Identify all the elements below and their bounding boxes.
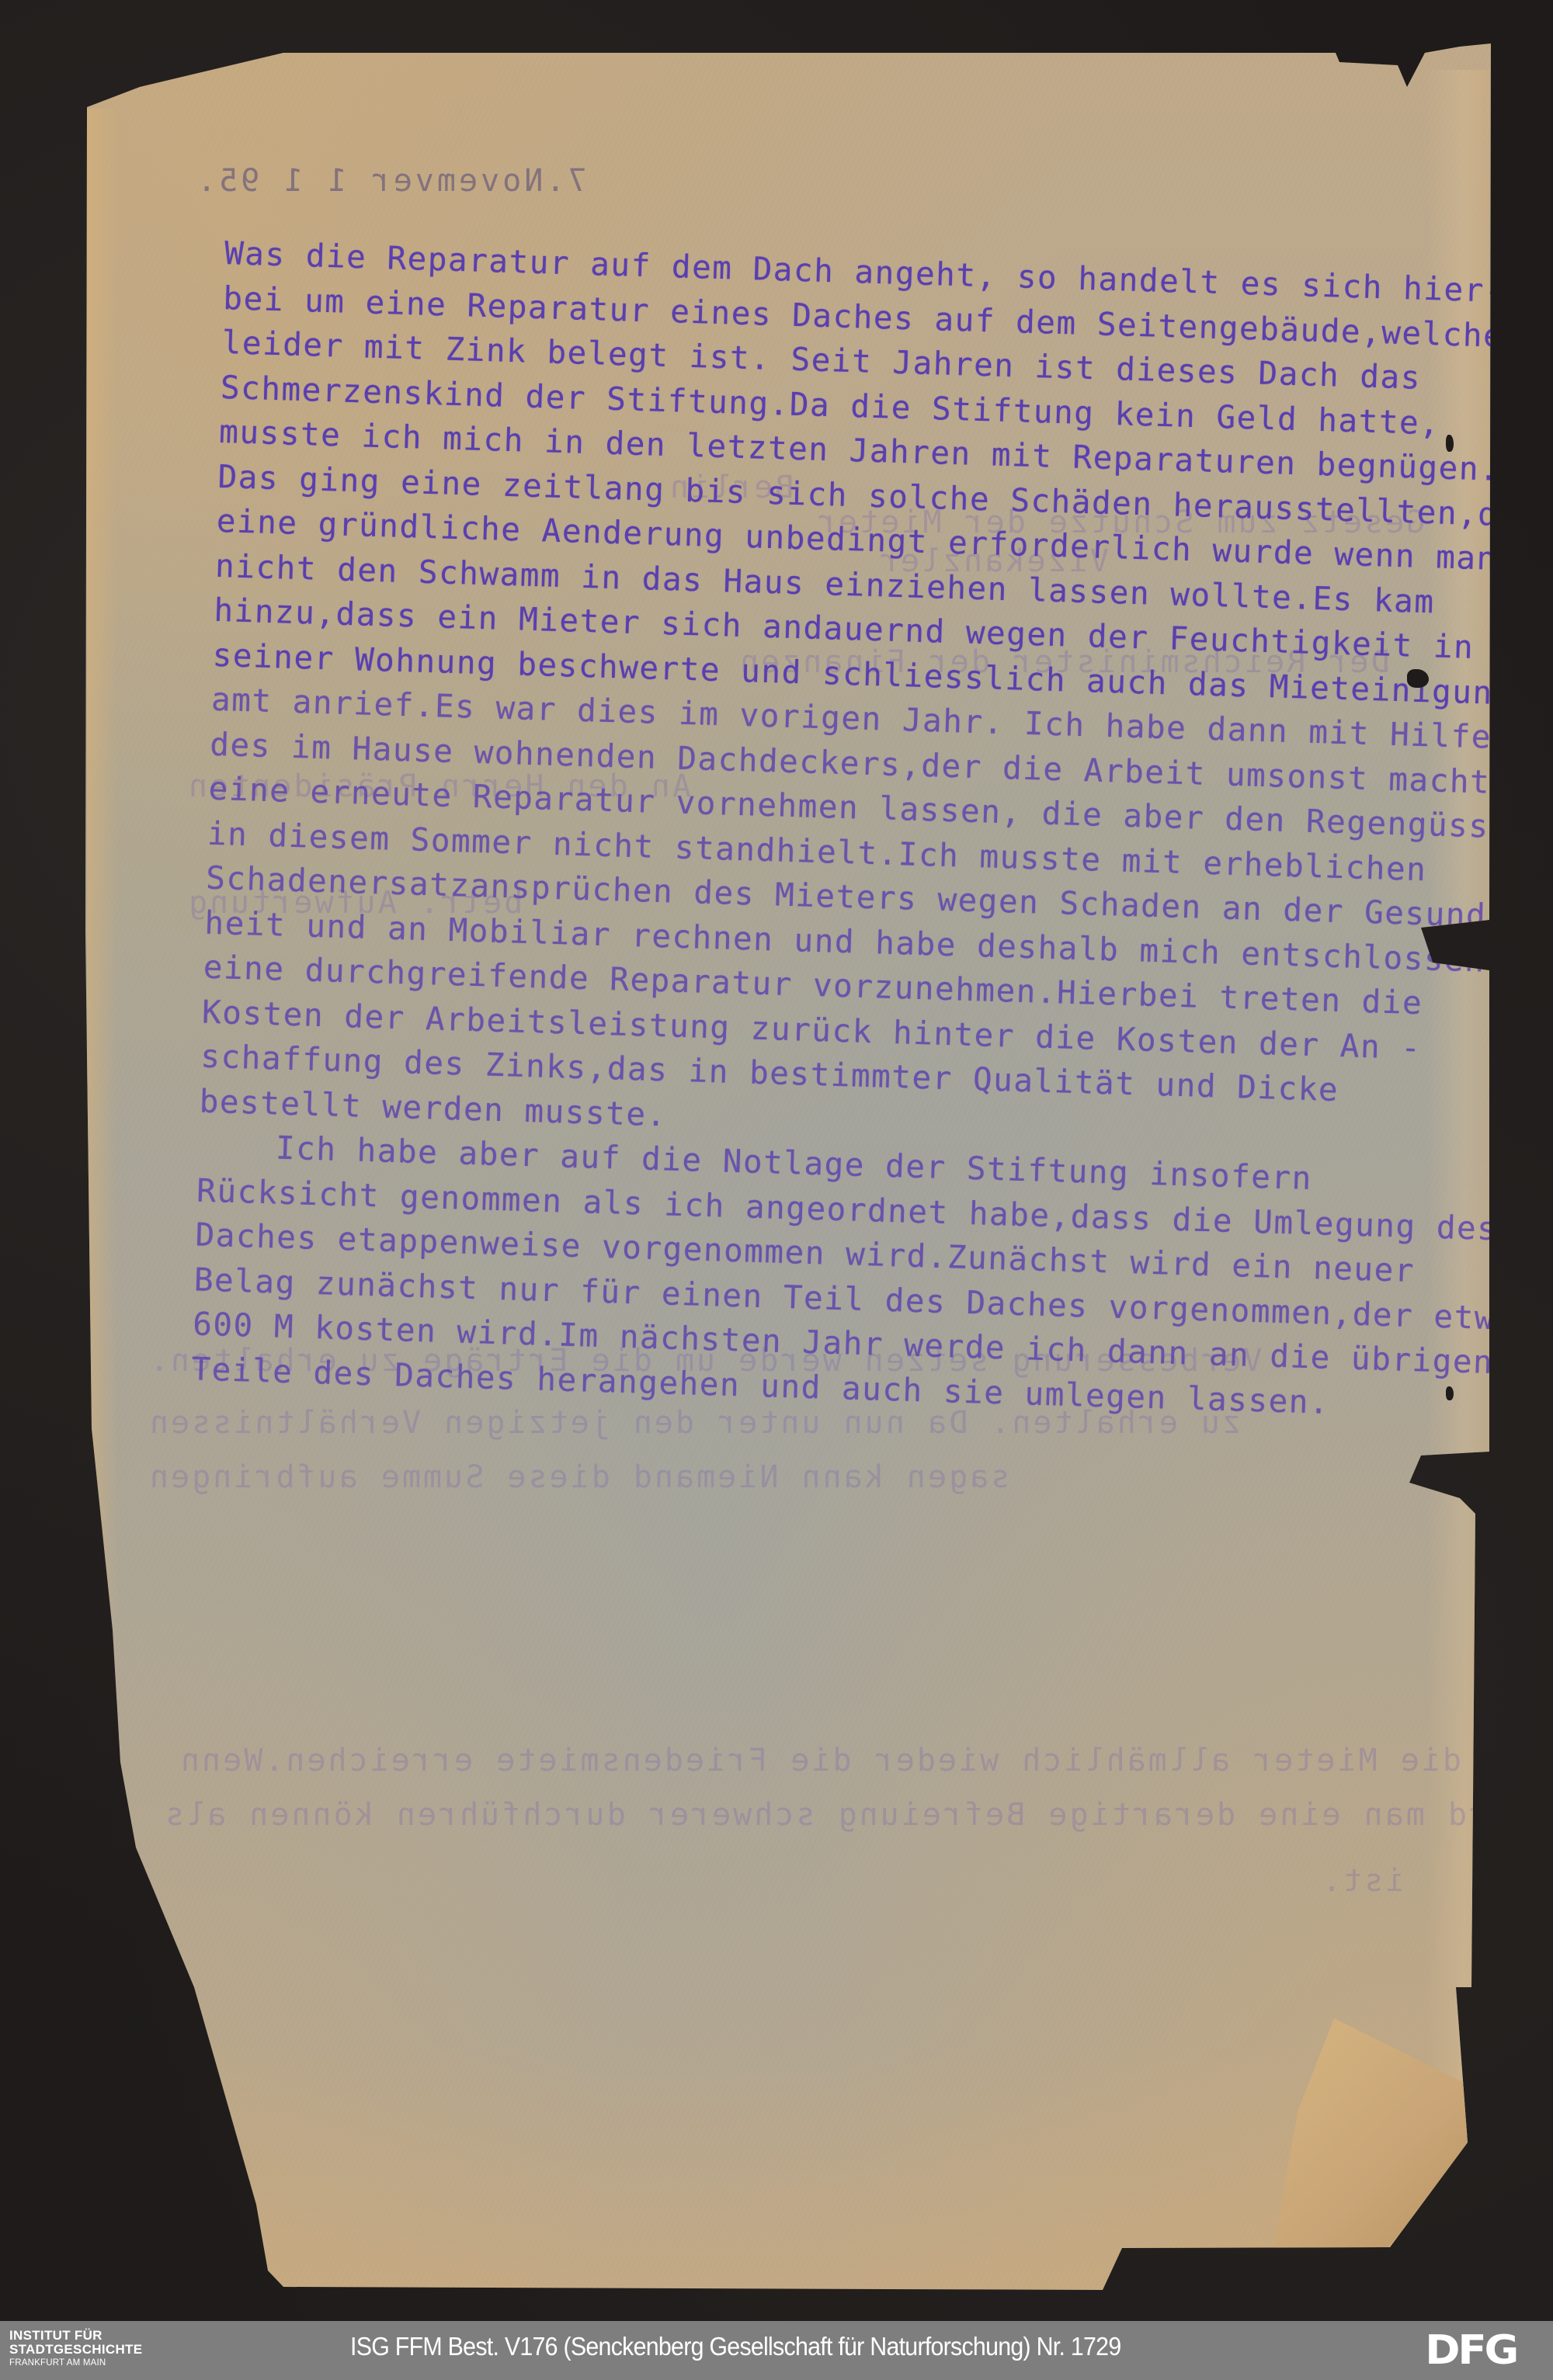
bleed-through-text: sagen kann Niemand diese Summe aufbringe… [148, 1459, 1009, 1495]
logo-line: FRANKFURT AM MAIN [9, 2358, 142, 2368]
archive-caption: ISG FFM Best. V176 (Senckenberg Gesellsc… [350, 2332, 1120, 2361]
paper-tear [1407, 669, 1429, 688]
paper-edge-left [87, 109, 118, 2205]
letter-body: Was die Reparatur auf dem Dach angeht, s… [191, 231, 1514, 1430]
bleed-through-text: ist. [1320, 1863, 1404, 1899]
bleed-through-text: wird man eine derartige Befreiung schwer… [163, 1797, 1530, 1833]
archive-footer-bar: INSTITUT FÜR STADTGESCHICHTE FRANKFURT A… [0, 2321, 1553, 2380]
paper-tear [1446, 1386, 1454, 1400]
logo-line: STADTGESCHICHTE [9, 2343, 142, 2357]
dfg-logo: DFG [1425, 2330, 1517, 2371]
header-date-mirrored: 7.Novemver 1 1 95. [194, 163, 586, 199]
logo-line: INSTITUT FÜR [9, 2329, 142, 2343]
bleed-through-text: dass die Mieter allmählich wieder die Fr… [179, 1743, 1553, 1778]
paper-sheet: 7.Novemver 1 1 95. Gesetz zum Schutze de… [0, 0, 1553, 2321]
scan-image: 7.Novemver 1 1 95. Gesetz zum Schutze de… [0, 0, 1553, 2321]
isg-institution-logo: INSTITUT FÜR STADTGESCHICHTE FRANKFURT A… [9, 2329, 142, 2368]
paper-tear [1446, 435, 1454, 452]
document-viewer: 7.Novemver 1 1 95. Gesetz zum Schutze de… [0, 0, 1553, 2380]
